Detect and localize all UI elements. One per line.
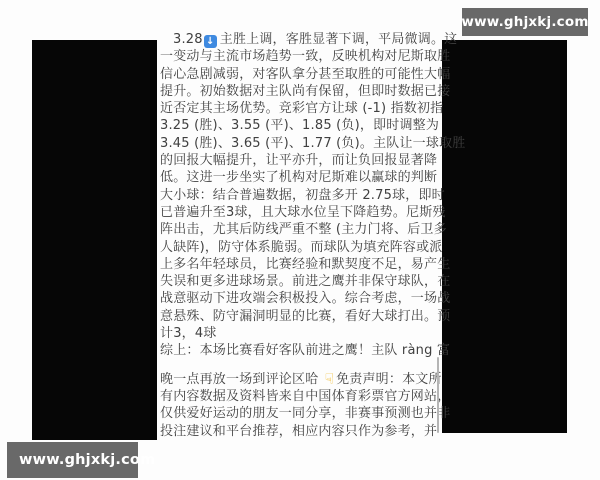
paragraph: 晚一点再放一场到评论区哈 ☟免责声明：本文所有内容数据及资料皆来自中国体育彩票官… xyxy=(160,371,442,440)
text-line: 人缺阵)，防守体系脆弱。而球队为填充阵容或派 xyxy=(160,239,442,256)
scrollbar-thumb[interactable] xyxy=(437,357,439,433)
text-segment: 3.45 (胜)、3.65 (平)、1.77 (负)。主队让一球取胜 xyxy=(160,136,465,151)
text-line: 已普遍升至3球，且大球水位呈下降趋势。尼斯残 xyxy=(160,204,442,221)
paragraph: 3.28↓主胜上调，客胜显著下调，平局微调。这一变动与主流市场趋势一致，反映机构… xyxy=(160,31,442,360)
down-arrow-emoji: ↓ xyxy=(204,35,217,48)
text-line: 失误和更多进球场景。前进之鹰并非保守球队，在 xyxy=(160,273,442,290)
left-black-redaction-bar xyxy=(32,40,157,440)
text-line: 低。这进一步坐实了机构对尼斯难以赢球的判断 xyxy=(160,169,442,186)
text-segment: 免责声明：本文所 xyxy=(336,372,442,387)
text-line: 3.25 (胜)、3.55 (平)、1.85 (负)，即时调整为 xyxy=(160,117,442,134)
text-segment: 有内容数据及资料皆来自中国体育彩票官方网站， xyxy=(160,389,450,404)
text-segment: 上多名年轻球员，比赛经验和默契度不足，易产生 xyxy=(160,257,450,272)
text-segment: 大小球：结合普遍数据，初盘多开 2.75球，即时 xyxy=(160,188,445,203)
text-segment: 已普遍升至3球，且大球水位呈下降趋势。尼斯残 xyxy=(160,205,446,220)
right-black-redaction-bar xyxy=(442,40,567,433)
text-segment: 一变动与主流市场趋势一致，反映机构对尼斯取胜 xyxy=(160,49,450,64)
article-text: 3.28↓主胜上调，客胜显著下调，平局微调。这一变动与主流市场趋势一致，反映机构… xyxy=(160,31,442,440)
text-segment: 人缺阵)，防守体系脆弱。而球队为填充阵容或派 xyxy=(160,240,442,255)
text-line: 大小球：结合普遍数据，初盘多开 2.75球，即时 xyxy=(160,187,442,204)
text-line: 的回报大幅提升，让平亦升，而让负回报显著降 xyxy=(160,152,442,169)
text-segment: 失误和更多进球场景。前进之鹰并非保守球队，在 xyxy=(160,274,450,289)
text-line: 3.28↓主胜上调，客胜显著下调，平局微调。这 xyxy=(160,31,442,48)
watermark-url: www.ghjxkj.com xyxy=(461,14,588,30)
text-line: 上多名年轻球员，比赛经验和默契度不足，易产生 xyxy=(160,256,442,273)
watermark-url: www.ghjxkj.com xyxy=(19,452,155,468)
text-segment: 仅供爱好运动的朋友一同分享，非赛事预测也并非 xyxy=(160,406,450,421)
text-segment: 近否定其主场优势。竞彩官方让球 (-1) 指数初指 xyxy=(160,101,443,116)
text-segment: 信心急剧减弱，对客队拿分甚至取胜的可能性大幅 xyxy=(160,67,450,82)
text-segment: 投注建议和平台推荐，相应内容只作为参考，并 xyxy=(160,424,437,439)
text-segment: 综上：本场比赛看好客队前进之鹰！主队 ràng 富 xyxy=(160,343,450,358)
text-line: 仅供爱好运动的朋友一同分享，非赛事预测也并非 xyxy=(160,405,442,422)
text-segment: 的回报大幅提升，让平亦升，而让负回报显著降 xyxy=(160,153,437,168)
text-line: 计3，4球 xyxy=(160,325,442,342)
watermark-top-right: www.ghjxkj.com xyxy=(462,8,588,36)
text-segment: 提升。初始数据对主队尚有保留，但即时数据已接 xyxy=(160,84,450,99)
text-segment: 计3，4球 xyxy=(160,326,217,341)
text-line: 有内容数据及资料皆来自中国体育彩票官方网站， xyxy=(160,388,442,405)
text-line: 3.45 (胜)、3.65 (平)、1.77 (负)。主队让一球取胜 xyxy=(160,135,442,152)
pointing-down-emoji: ☟ xyxy=(325,370,334,388)
text-segment: 阵出击，尤其后防线严重不整 (主力门将、后卫多 xyxy=(160,222,447,237)
text-segment: 战意驱动下进攻端会积极投入。综合考虑，一场战 xyxy=(160,291,450,306)
text-line: 一变动与主流市场趋势一致，反映机构对尼斯取胜 xyxy=(160,48,442,65)
text-line: 信心急剧减弱，对客队拿分甚至取胜的可能性大幅 xyxy=(160,66,442,83)
text-line: 综上：本场比赛看好客队前进之鹰！主队 ràng 富 xyxy=(160,342,442,359)
text-segment: 3.25 (胜)、3.55 (平)、1.85 (负)，即时调整为 xyxy=(160,118,439,133)
text-line: 意悬殊、防守漏洞明显的比赛，看好大球打出。预 xyxy=(160,308,442,325)
text-segment: 晚一点再放一场到评论区哈 xyxy=(160,372,323,387)
text-line: 战意驱动下进攻端会积极投入。综合考虑，一场战 xyxy=(160,290,442,307)
text-line: 阵出击，尤其后防线严重不整 (主力门将、后卫多 xyxy=(160,221,442,238)
watermark-bottom-left: www.ghjxkj.com xyxy=(7,442,138,478)
text-line: 投注建议和平台推荐，相应内容只作为参考，并 xyxy=(160,423,442,440)
text-line: 晚一点再放一场到评论区哈 ☟免责声明：本文所 xyxy=(160,371,442,388)
text-line: 提升。初始数据对主队尚有保留，但即时数据已接 xyxy=(160,83,442,100)
text-segment: 意悬殊、防守漏洞明显的比赛，看好大球打出。预 xyxy=(160,309,450,324)
text-segment: 主胜上调，客胜显著下调，平局微调。这 xyxy=(220,32,458,47)
text-segment: 低。这进一步坐实了机构对尼斯难以赢球的判断 xyxy=(160,170,437,185)
text-segment: 3.28 xyxy=(173,32,203,47)
text-line: 近否定其主场优势。竞彩官方让球 (-1) 指数初指 xyxy=(160,100,442,117)
